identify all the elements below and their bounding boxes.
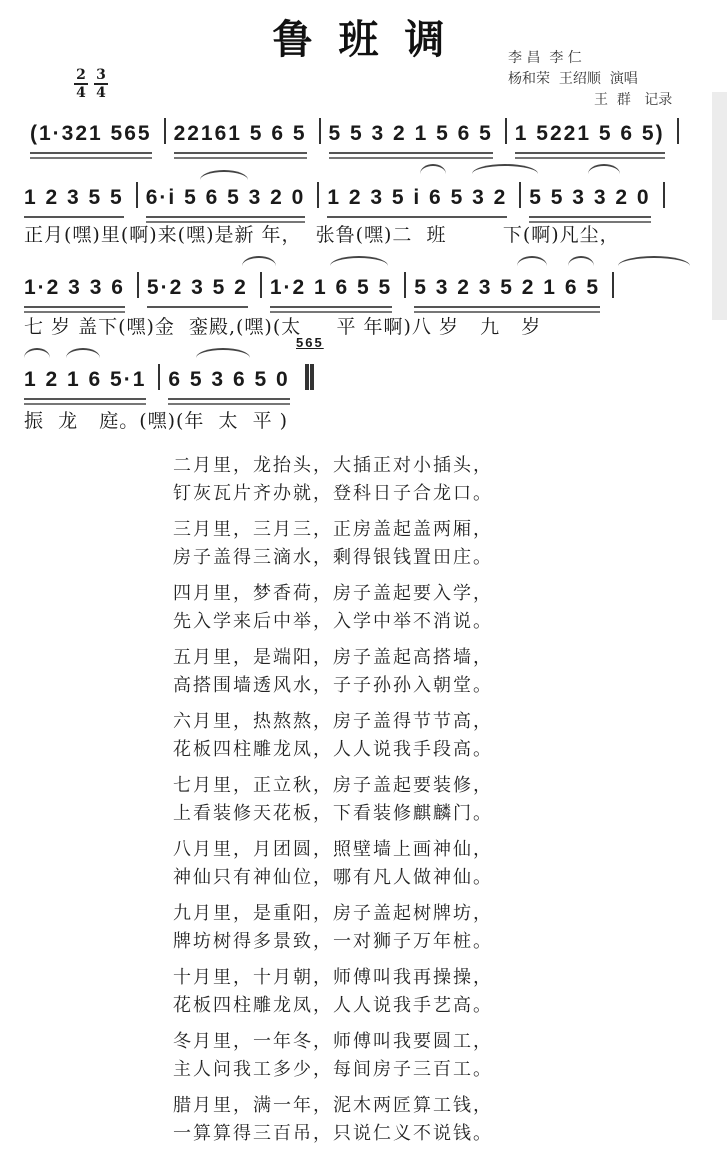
verse-7: 七月里，正立秋，房子盖起要装修，上看装修天花板，下看装修麒麟门。 [173,772,493,828]
measure: 5·2 3 5 2 [147,276,248,308]
slur [472,164,538,174]
verse-4: 四月里，梦香荷，房子盖起要入学，先入学来后中举，入学中举不消说。 [173,580,493,636]
verse-3: 三月里，三月三，正房盖起盖两厢，房子盖得三滴水，剩得银钱置田庄。 [173,516,493,572]
barline [317,182,319,208]
time-signature-3-4: 34 [94,68,108,100]
measure: 5 3 2 3 5 2 1 6 5 [414,276,600,308]
performers-role: 演唱 [610,71,638,87]
verse-11: 冬月里，一年冬，师傅叫我要圆工，主人问我工多少，每间房子三百工。 [173,1028,493,1084]
measure: 6·i 5 6 5 3 2 0 [146,186,306,218]
barline [137,272,139,298]
barline [612,272,614,298]
slur [330,256,388,266]
slur [588,164,620,174]
measure: 1·2 3 3 6 [24,276,125,308]
final-barline [310,364,314,390]
measure: 22161 5 6 5 [174,122,307,154]
barline [319,118,321,144]
credits: 李 昌 李 仁 杨和荣 王绍顺 演唱 王 群 记录 [508,48,672,111]
measure: 1 2 3 5 5 [24,186,124,218]
verse-9: 九月里，是重阳，房子盖起树牌坊，牌坊树得多景致，一对狮子万年桩。 [173,900,493,956]
measure: (1·321 565 [30,122,152,154]
verse-12: 腊月里，满一年，泥木两匠算工钱，一算算得三百吊，只说仁义不说钱。 [173,1092,493,1148]
slur [618,256,690,266]
barline [164,118,166,144]
performer-line-2: 杨和荣 王绍顺 演唱 [508,69,672,90]
barline [136,182,138,208]
performer-line-1: 李 昌 李 仁 [508,48,672,69]
barline [505,118,507,144]
time-signatures: 24 34 [74,68,108,100]
measure: 1 5221 5 6 5) [515,122,665,154]
measure: 6 5 3 6 5 0 [168,368,289,400]
slur [66,348,100,358]
verses: 二月里，龙抬头，大插正对小插头，钉灰瓦片齐办就，登科日子合龙口。 三月里，三月三… [173,452,493,1156]
slur [196,348,250,358]
slur [200,170,248,180]
barline [663,182,665,208]
barline [158,364,160,390]
verse-2: 二月里，龙抬头，大插正对小插头，钉灰瓦片齐办就，登科日子合龙口。 [173,452,493,508]
lyrics-line-4: 振 龙 庭。(嘿)(年 太 平 ) [24,406,288,433]
barline [404,272,406,298]
verse-5: 五月里，是端阳，房子盖起高搭墙，高搭围墙透风水，子子孙孙入朝堂。 [173,644,493,700]
page-edge-shadow [712,92,727,320]
measure: 5 5 3 3 2 0 [529,186,650,218]
score-line-2: 1 2 3 5 56·i 5 6 5 3 2 01 2 3 5 i 6 5 3 … [24,182,673,218]
slur [568,256,594,266]
time-signature-2-4: 24 [74,68,88,100]
recorder-line: 王 群 记录 [508,90,672,111]
barline [677,118,679,144]
barline [519,182,521,208]
barline [260,272,262,298]
measure: 5 5 3 2 1 5 6 5 [329,122,493,154]
slur [24,348,50,358]
verse-6: 六月里，热熬熬，房子盖得节节高，花板四柱雕龙凤，人人说我手段高。 [173,708,493,764]
score-line-1: (1·321 56522161 5 6 55 5 3 2 1 5 6 51 52… [30,118,687,154]
measure: 1·2 1 6 5 5 [270,276,392,308]
lyrics-line-2: 正月(嘿)里(啊)来(嘿)是新 年， 张鲁(嘿)二 班 下(啊)凡尘， [24,220,620,247]
measure: 1 2 1 6 5·1 [24,368,146,400]
measure: 1 2 3 5 i 6 5 3 2 [327,186,507,218]
verse-10: 十月里，十月朝，师傅叫我再操操，花板四柱雕龙凤，人人说我手艺高。 [173,964,493,1020]
score-line-4: 1 2 1 6 5·16 5 3 6 5 0 [24,364,322,400]
slur [517,256,547,266]
recorder-role: 记录 [644,92,672,108]
grace-notes: 565 [296,335,727,350]
slur [242,256,276,266]
verse-8: 八月里，月团圆，照壁墙上画神仙，神仙只有神仙位，哪有凡人做神仙。 [173,836,493,892]
score-line-3: 1·2 3 3 65·2 3 5 21·2 1 6 5 55 3 2 3 5 2… [24,272,622,308]
slur [420,164,446,174]
